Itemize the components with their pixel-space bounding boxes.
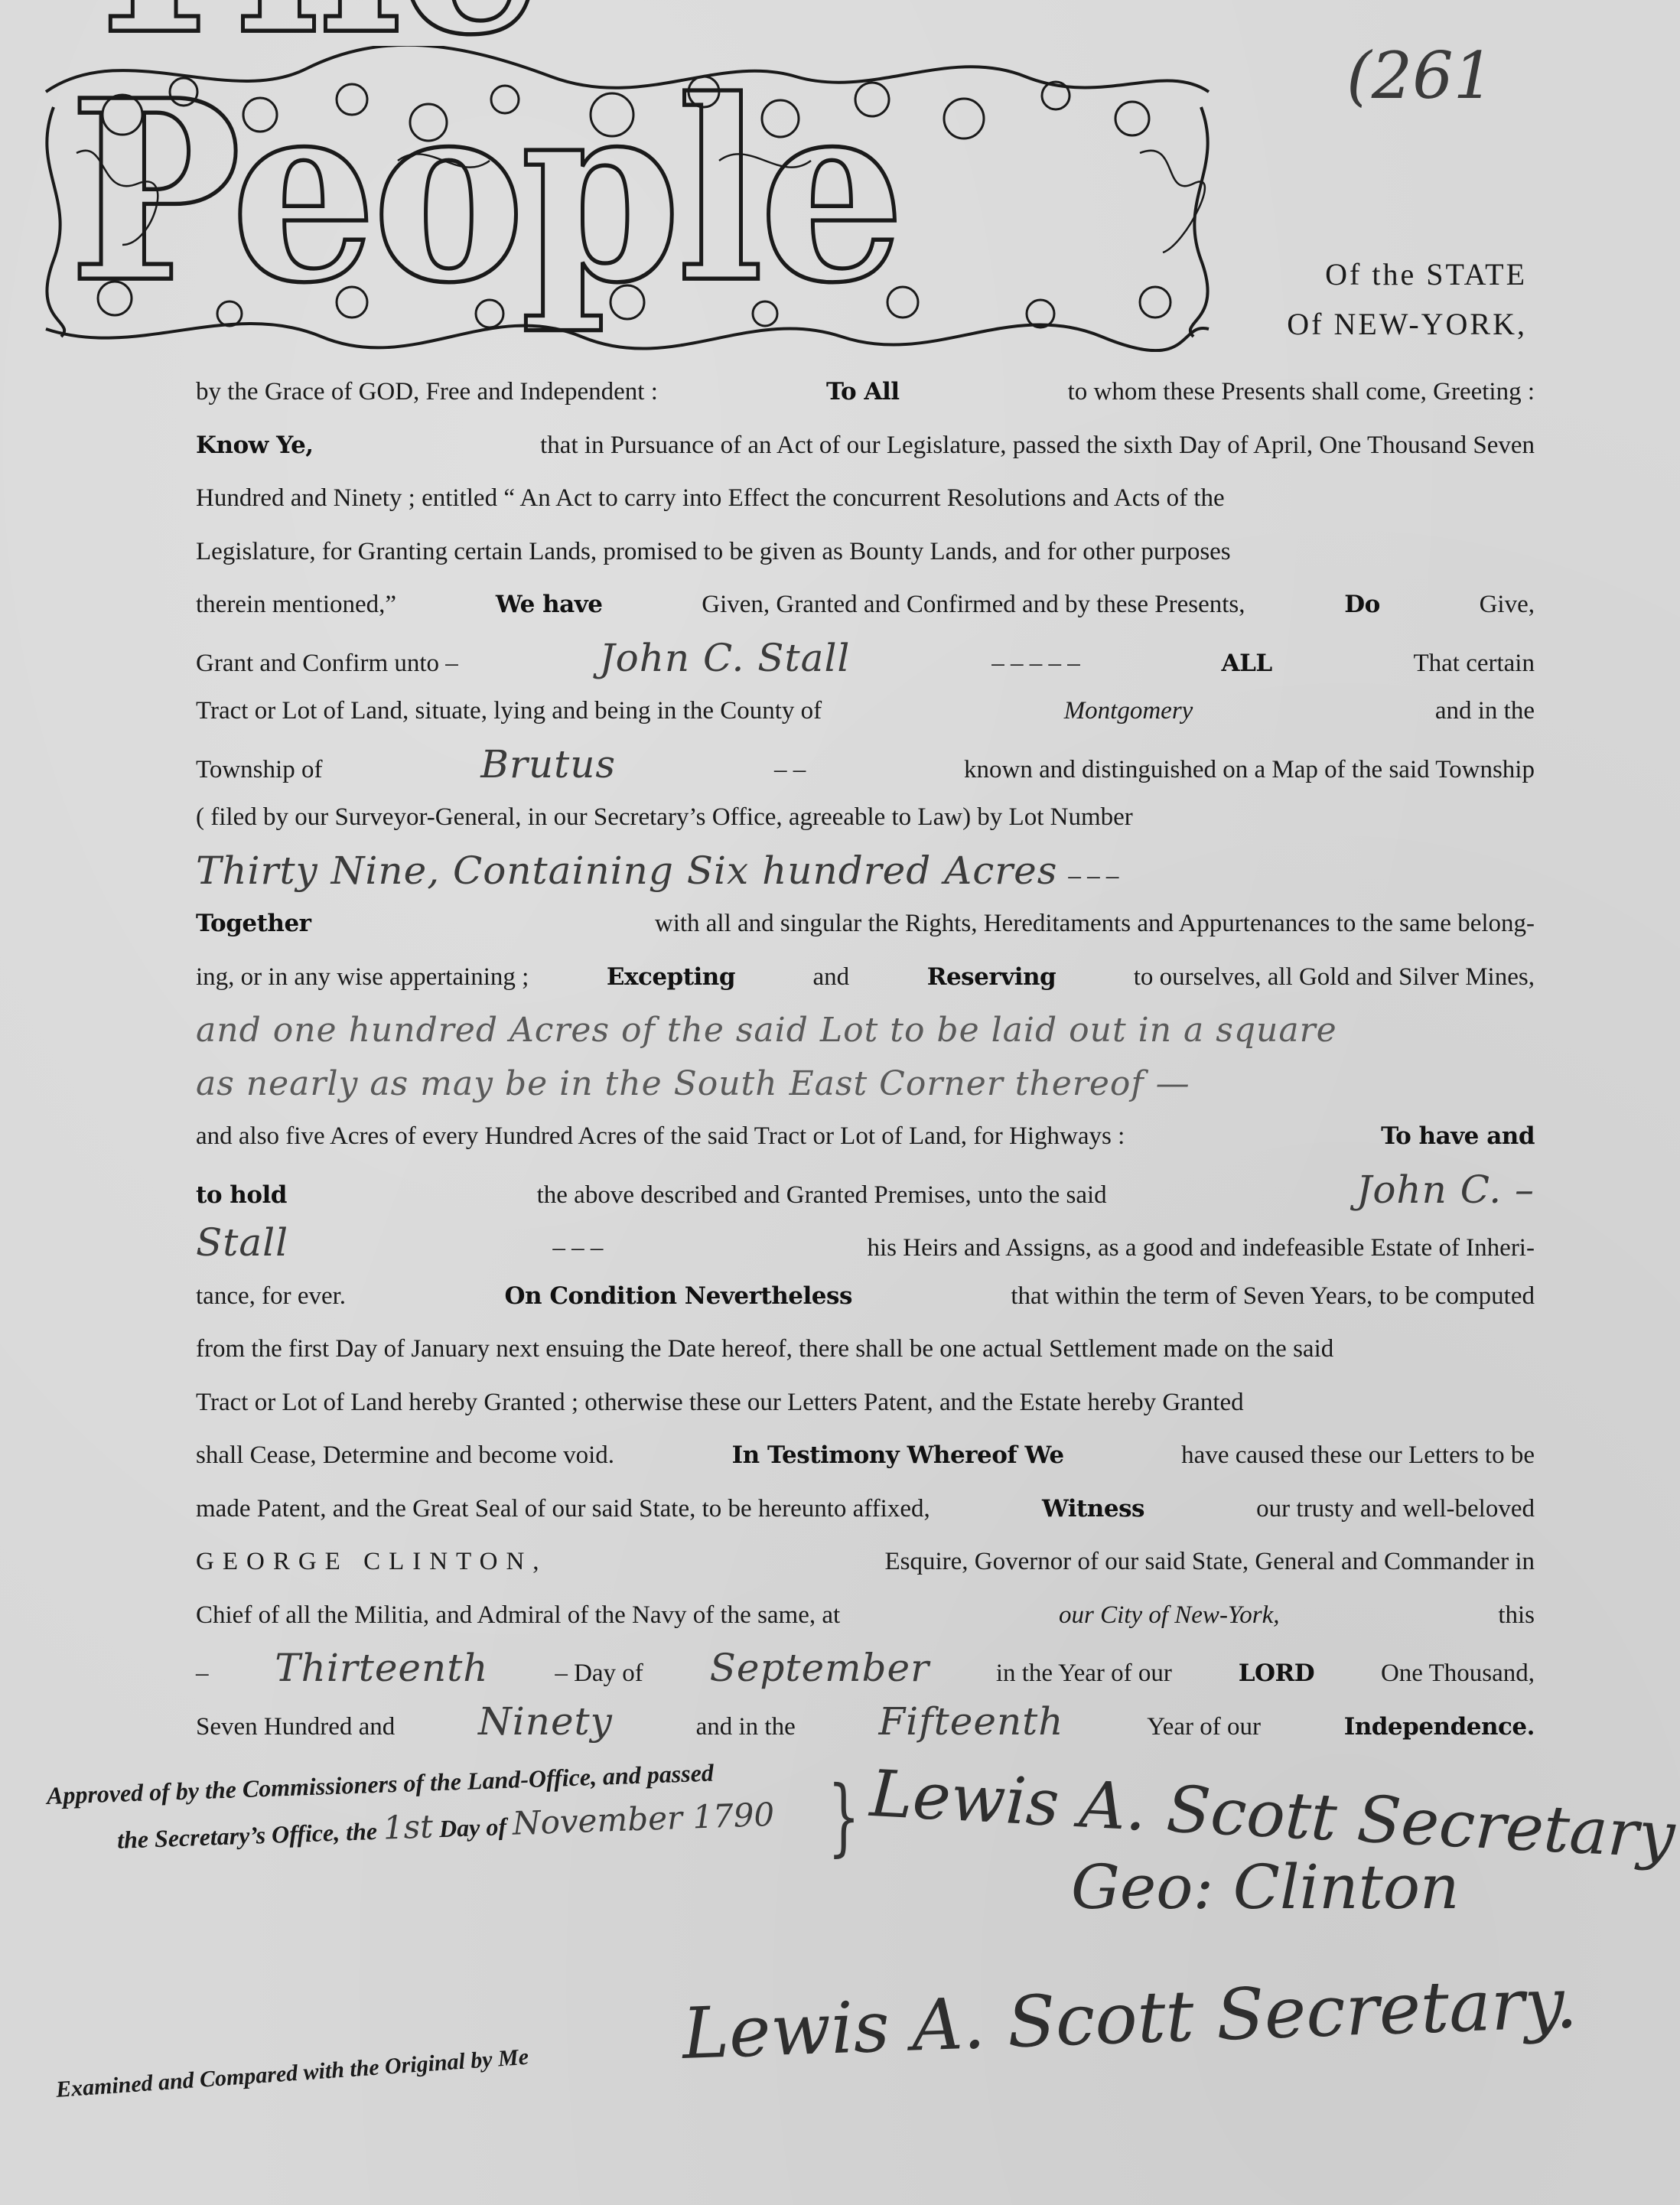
approval-note: Approved of by the Commissioners of the … [46, 1747, 814, 1865]
italic-text: our City of New-York, [1059, 1589, 1279, 1643]
body-line: as nearly as may be in the South East Co… [196, 1057, 1535, 1111]
body-line: Know Ye,that in Pursuance of an Act of o… [196, 419, 1535, 473]
printed-text: – – – [1068, 850, 1118, 904]
handwritten-entry: Ninety [478, 1695, 613, 1749]
handwritten-entry: September [710, 1642, 930, 1695]
printed-text: That certain [1413, 637, 1535, 691]
printed-text: Year of our [1147, 1701, 1261, 1754]
printed-text: his Heirs and Assigns, as a good and ind… [868, 1222, 1535, 1275]
approval-line-2-middle: Day of [438, 1813, 506, 1842]
body-line: from the first Day of January next ensui… [196, 1323, 1535, 1376]
body-line: and one hundred Acres of the said Lot to… [196, 1004, 1535, 1057]
folio-number: (261 [1346, 38, 1494, 113]
body-line: ing, or in any wise appertaining ;Except… [196, 951, 1535, 1005]
blackletter-text: To All [826, 366, 900, 419]
printed-text: with all and singular the Rights, Heredi… [655, 897, 1535, 951]
signature-secretary-2: Lewis A. Scott Secretary. [681, 1962, 1578, 2075]
blackletter-text: Independence. [1344, 1701, 1535, 1754]
body-line: by the Grace of GOD, Free and Independen… [196, 366, 1535, 419]
blackletter-text: Reserving [927, 951, 1057, 1005]
body-line: made Patent, and the Great Seal of our s… [196, 1483, 1535, 1536]
printed-text: our trusty and well-beloved [1256, 1483, 1535, 1536]
printed-text: and also five Acres of every Hundred Acr… [196, 1110, 1125, 1164]
printed-text: to whom these Presents shall come, Greet… [1068, 366, 1535, 419]
handwritten-entry: Thirteenth [275, 1642, 488, 1695]
blackletter-text: Witness [1042, 1483, 1144, 1536]
printed-text: and [813, 951, 850, 1005]
printed-text: to ourselves, all Gold and Silver Mines, [1134, 951, 1535, 1005]
patent-body: by the Grace of GOD, Free and Independen… [196, 366, 1535, 1748]
printed-text: Seven Hundred and [196, 1701, 395, 1754]
printed-text: Tract or Lot of Land hereby Granted ; ot… [196, 1376, 1244, 1430]
printed-text: this [1498, 1589, 1535, 1643]
body-line: and also five Acres of every Hundred Acr… [196, 1110, 1535, 1164]
printed-text: by the Grace of GOD, Free and Independen… [196, 366, 658, 419]
handwritten-reservation: as nearly as may be in the South East Co… [196, 1057, 1190, 1111]
body-line: ( filed by our Surveyor-General, in our … [196, 791, 1535, 845]
printed-text: Grant and Confirm unto – [196, 637, 458, 691]
body-line: Hundred and Ninety ; entitled “ An Act t… [196, 472, 1535, 526]
brace-icon: } [828, 1767, 860, 1865]
printed-text: tance, for ever. [196, 1270, 346, 1324]
body-line: GEORGE CLINTON,Esquire, Governor of our … [196, 1536, 1535, 1589]
blackletter-text: To have and [1381, 1110, 1535, 1164]
printed-text: ing, or in any wise appertaining ; [196, 951, 529, 1005]
blackletter-text: We have [496, 578, 603, 632]
printed-text: have caused these our Letters to be [1181, 1429, 1535, 1483]
body-line: Stall– – –his Heirs and Assigns, as a go… [196, 1216, 1535, 1270]
printed-text: – Day of [555, 1647, 643, 1701]
printed-text: that within the term of Seven Years, to … [1011, 1270, 1535, 1324]
printed-text: made Patent, and the Great Seal of our s… [196, 1483, 930, 1536]
italic-text: Montgomery [1064, 685, 1193, 738]
blackletter-text: ALL [1222, 637, 1272, 691]
handwritten-entry: Stall [196, 1216, 288, 1270]
printed-text: the above described and Granted Premises… [537, 1169, 1107, 1223]
handwritten-entry: Fifteenth [878, 1695, 1063, 1749]
handwritten-entry: John C. – [1356, 1164, 1535, 1217]
printed-text: – – – [552, 1222, 603, 1275]
printed-text: – – [774, 744, 806, 797]
printed-text: known and distinguished on a Map of the … [964, 744, 1535, 797]
blackletter-text: LORD [1239, 1647, 1314, 1701]
printed-text: Give, [1480, 578, 1535, 632]
blackletter-text: Know Ye, [196, 419, 314, 473]
handwritten-reservation: and one hundred Acres of the said Lot to… [196, 1004, 1337, 1057]
approval-month-year: November 1790 [512, 1796, 775, 1842]
printed-text: therein mentioned,” [196, 578, 396, 632]
ornamental-title: The People [69, 51, 1155, 316]
spaced-capitals: GEORGE CLINTON, [196, 1536, 548, 1589]
body-line: Seven Hundred andNinetyand in theFifteen… [196, 1695, 1535, 1749]
blackletter-text: Together [196, 897, 311, 951]
blackletter-text: Do [1344, 578, 1380, 632]
body-line: Township ofBrutus– –known and distinguis… [196, 738, 1535, 792]
printed-text: Hundred and Ninety ; entitled “ An Act t… [196, 472, 1225, 526]
body-line: to holdthe above described and Granted P… [196, 1164, 1535, 1217]
signature-governor: Geo: Clinton [1071, 1852, 1460, 1923]
printed-text: – – – – – [991, 637, 1080, 691]
printed-text: and in the [696, 1701, 796, 1754]
printed-text: One Thousand, [1381, 1647, 1535, 1701]
blackletter-text: In Testimony Whereof We [732, 1429, 1064, 1483]
body-line: shall Cease, Determine and become void.I… [196, 1429, 1535, 1483]
printed-text: in the Year of our [996, 1647, 1172, 1701]
printed-text: Esquire, Governor of our said State, Gen… [884, 1536, 1535, 1589]
printed-text: from the first Day of January next ensui… [196, 1323, 1333, 1376]
examined-note: Examined and Compared with the Original … [55, 2044, 529, 2103]
printed-text: that in Pursuance of an Act of our Legis… [540, 419, 1535, 473]
body-line: Chief of all the Militia, and Admiral of… [196, 1589, 1535, 1643]
body-line: –Thirteenth– Day ofSeptemberin the Year … [196, 1642, 1535, 1695]
printed-text: Given, Granted and Confirmed and by thes… [702, 578, 1245, 632]
printed-text: shall Cease, Determine and become void. [196, 1429, 614, 1483]
handwritten-entry: Thirty Nine, Containing Six hundred Acre… [196, 845, 1057, 898]
printed-text: Legislature, for Granting certain Lands,… [196, 526, 1231, 579]
blackletter-text: Excepting [607, 951, 735, 1005]
printed-text: – [196, 1647, 209, 1701]
body-line: Tract or Lot of Land hereby Granted ; ot… [196, 1376, 1535, 1430]
handwritten-entry: Brutus [480, 738, 616, 792]
printed-text: ( filed by our Surveyor-General, in our … [196, 791, 1133, 845]
body-line: Legislature, for Granting certain Lands,… [196, 526, 1535, 579]
state-line-1: Of the STATE [1325, 256, 1527, 292]
approval-day: 1st [383, 1807, 434, 1846]
printed-text: Chief of all the Militia, and Admiral of… [196, 1589, 840, 1643]
blackletter-text: to hold [196, 1169, 287, 1223]
body-line: therein mentioned,”We haveGiven, Granted… [196, 578, 1535, 632]
state-line-2: Of NEW-YORK, [1287, 306, 1527, 342]
printed-text: Tract or Lot of Land, situate, lying and… [196, 685, 822, 738]
body-line: Thirty Nine, Containing Six hundred Acre… [196, 845, 1535, 898]
printed-text: Township of [196, 744, 322, 797]
body-line: tance, for ever.On Condition Nevertheles… [196, 1270, 1535, 1324]
body-line: Tract or Lot of Land, situate, lying and… [196, 685, 1535, 738]
blackletter-text: On Condition Nevertheless [505, 1270, 852, 1324]
body-line: Togetherwith all and singular the Rights… [196, 897, 1535, 951]
printed-text: and in the [1435, 685, 1535, 738]
handwritten-entry: John C. Stall [600, 632, 851, 686]
approval-line-2-prefix: the Secretary’s Office, the [116, 1817, 377, 1854]
body-line: Grant and Confirm unto –John C. Stall– –… [196, 632, 1535, 686]
